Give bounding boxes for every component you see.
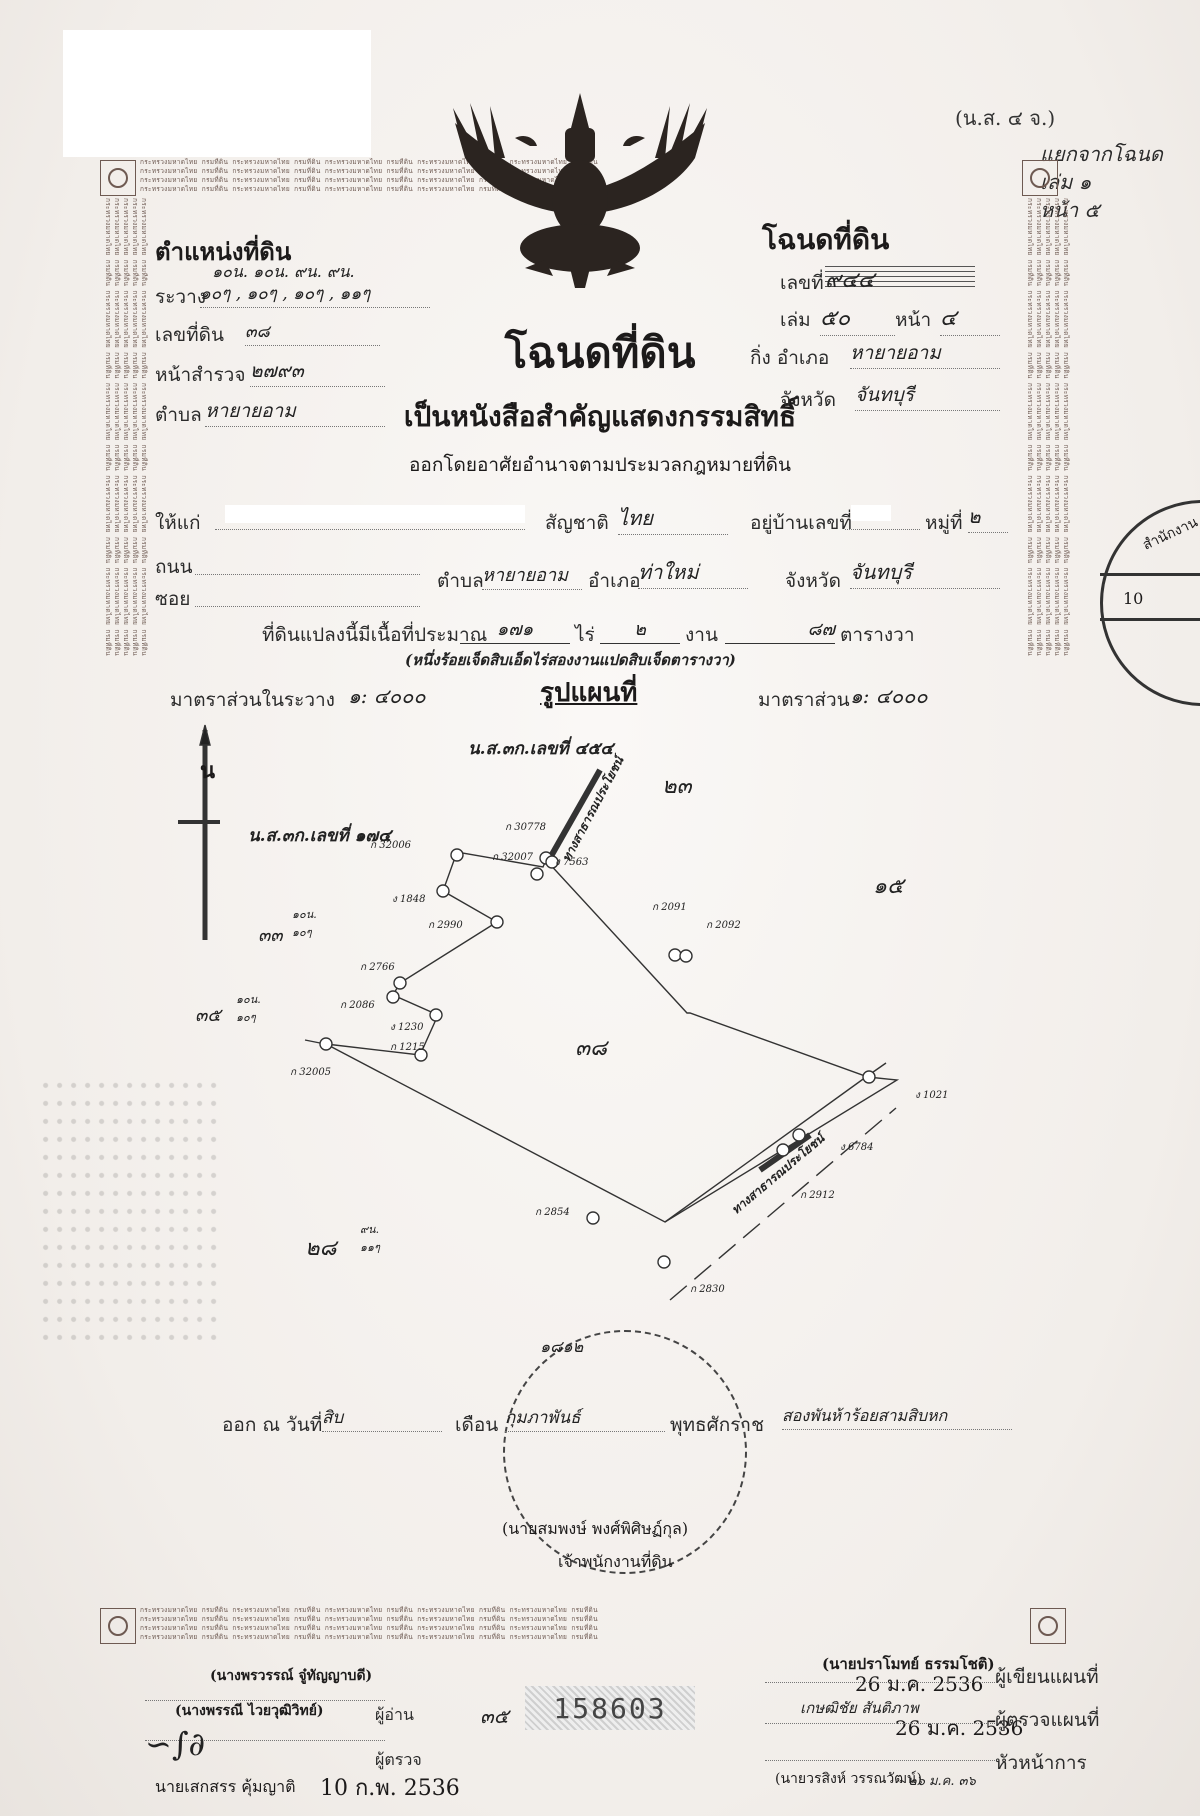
area-wa-label: ตารางวา bbox=[840, 620, 915, 650]
nationality-label: สัญชาติ bbox=[545, 508, 609, 538]
sig-right3-role: หัวหน้าการ bbox=[995, 1748, 1087, 1778]
corner-ornament-icon bbox=[1030, 1608, 1066, 1644]
officer-title: เจ้าพนักงานที่ดิน bbox=[558, 1550, 673, 1575]
marker-label: ก 1215 bbox=[390, 1040, 425, 1055]
owner-name-field bbox=[215, 505, 525, 530]
sig-right1-role: ผู้เขียนแผนที่ bbox=[995, 1662, 1099, 1692]
parcel-center-label: ๓๘ bbox=[575, 1030, 607, 1065]
deed-number-label: เลขที่ bbox=[780, 268, 824, 298]
ink-smudge bbox=[40, 1080, 220, 1340]
sig-left3-date: 10 ก.พ. 2536 bbox=[320, 1770, 460, 1805]
issued-label: ออก ณ วันที่ bbox=[222, 1410, 322, 1440]
page-label: หน้า bbox=[895, 305, 931, 335]
year-value: สองพันห้าร้อยสามสิบหก bbox=[782, 1404, 1012, 1430]
amphoe-value: หายายอาม bbox=[850, 338, 1000, 369]
sig-left1-name: (นางพรวรรณ์ จู๋ทัญญาบดี) bbox=[210, 1665, 372, 1687]
officer-name: (นายสมพงษ์ พงศ์พิศิษฏ์กุล) bbox=[502, 1517, 688, 1542]
marker-label: ก 2092 bbox=[706, 918, 741, 933]
owner-amphoe-value: ท่าใหม่ bbox=[638, 556, 748, 589]
owner-amphoe-label: อำเภอ bbox=[588, 566, 641, 596]
issued-day-value: สิบ bbox=[322, 1404, 442, 1432]
marker-label: ก 2766 bbox=[360, 960, 395, 975]
marker-label: ก 32005 bbox=[290, 1065, 331, 1080]
marker-label: ก 2086 bbox=[340, 998, 375, 1013]
rawang-value: ๑๐ๆ , ๑๐ๆ , ๑๐ๆ , ๑๑ๆ bbox=[200, 280, 430, 308]
marker-label: ง 1230 bbox=[390, 1020, 424, 1035]
house-no-label: อยู่บ้านเลขที่ bbox=[750, 508, 852, 538]
garuda-emblem-icon bbox=[445, 88, 715, 293]
parcel-w1-label: ๓๓ bbox=[258, 920, 283, 949]
marker-label: ง 1021 bbox=[915, 1088, 949, 1103]
sig-right2-role: ผู้ตรวจแผนที่ bbox=[995, 1705, 1099, 1735]
amphoe-label: กิ่ง อำเภอ bbox=[750, 343, 829, 373]
parcel-map bbox=[150, 720, 1070, 1320]
deed-heading: โฉนดที่ดิน bbox=[762, 218, 889, 262]
marker-label: ก 2854 bbox=[535, 1205, 570, 1220]
month-value: กุมภาพันธ์ bbox=[505, 1404, 665, 1432]
serial-number: 158603 bbox=[553, 1692, 666, 1725]
marker-label: ก 2912 bbox=[800, 1188, 835, 1203]
owner-province-value: จันทบุรี bbox=[850, 556, 1000, 589]
road-field bbox=[195, 554, 420, 575]
marker-label: ง 7563 bbox=[555, 855, 589, 870]
parcel-w1-sheet: ๑๐น. ๑๐ๆ bbox=[292, 905, 332, 941]
moo-value: ๒ bbox=[968, 502, 1008, 533]
sig-right3-date: ๒๖ ม.ค. ๓๖ bbox=[908, 1770, 976, 1791]
corner-ornament-icon bbox=[1022, 160, 1058, 196]
road-label: ถนน bbox=[155, 552, 192, 582]
month-label: เดือน bbox=[455, 1410, 498, 1440]
serial-prefix: ๓๕ bbox=[480, 1700, 509, 1732]
area-wa-value: ๘๗ bbox=[725, 614, 835, 644]
rawang-label: ระวาง bbox=[155, 282, 206, 312]
parcel-ne-label: ๑๕ bbox=[873, 868, 904, 903]
year-label: พุทธศักราช bbox=[670, 1410, 764, 1440]
parcel-sw-label: ๒๘ bbox=[305, 1230, 336, 1265]
marker-label: ก 32006 bbox=[370, 838, 411, 853]
deed-number-value: ๙๔๔ bbox=[825, 262, 975, 290]
marker-label: ง 6784 bbox=[840, 1140, 874, 1155]
area-rai-label: ไร่ bbox=[575, 620, 595, 650]
deed-title: โฉนดที่ดิน bbox=[0, 320, 1200, 386]
sig-left3-name: นายเสกสรร คุ้มญาติ bbox=[155, 1775, 296, 1800]
owner-tambon-value: หายายอาม bbox=[482, 560, 582, 590]
soi-label: ซอย bbox=[155, 584, 190, 614]
marker-label: ง 1848 bbox=[392, 892, 426, 907]
owner-province-label: จังหวัด bbox=[785, 566, 841, 596]
parcel-w2-sheet: ๑๐น. ๑๐ๆ bbox=[236, 990, 276, 1026]
parcel-sw-sheet: ๙น. ๑๑ๆ bbox=[360, 1220, 400, 1256]
area-note: (หนึ่งร้อยเจ็ดสิบเอ็ดไร่สองงานแปดสิบเจ็ด… bbox=[405, 648, 736, 672]
house-no-field bbox=[845, 505, 920, 530]
neighbor-top: น.ส.๓ก.เลขที่ ๔๕๔ bbox=[468, 735, 613, 762]
sig-left2-role: ผู้อ่าน bbox=[375, 1703, 414, 1728]
owner-tambon-label: ตำบล bbox=[437, 566, 484, 596]
seal-top-number: ๑๘๑๒ bbox=[540, 1335, 583, 1360]
book-label: เล่ม bbox=[780, 305, 811, 335]
scale-label: มาตราส่วน bbox=[758, 685, 850, 715]
redacted-area bbox=[63, 30, 371, 157]
form-code: (น.ส. ๔ จ.) bbox=[955, 102, 1055, 134]
map-title: รูปแผนที่ bbox=[540, 672, 637, 713]
signature-scribble: ∽∫∂ bbox=[145, 1725, 205, 1763]
owner-to-label: ให้แก่ bbox=[155, 508, 201, 538]
sig-right1-line bbox=[765, 1682, 995, 1683]
moo-label: หมู่ที่ bbox=[925, 508, 963, 538]
marker-label: ก 2990 bbox=[428, 918, 463, 933]
marker-label: ก 2830 bbox=[690, 1282, 725, 1297]
scale-rawang-value: ๑: ๔๐๐๐ bbox=[348, 680, 426, 712]
area-ngan-label: งาน bbox=[685, 620, 718, 650]
province-value: จันทบุรี bbox=[855, 380, 1000, 411]
marker-label: ก 2091 bbox=[652, 900, 687, 915]
deed-subtitle-2: ออกโดยอาศัยอำนาจตามประมวลกฎหมายที่ดิน bbox=[0, 450, 1200, 480]
book-value: ๕๐ bbox=[820, 300, 895, 336]
area-ngan-value: ๒ bbox=[600, 614, 680, 644]
corner-ornament-icon bbox=[100, 1608, 136, 1644]
serial-number-box: 158603 bbox=[525, 1686, 695, 1730]
north-label: น bbox=[200, 753, 215, 788]
deed-subtitle: เป็นหนังสือสำคัญแสดงกรรมสิทธิ์ bbox=[0, 395, 1200, 439]
corner-ornament-icon bbox=[100, 160, 136, 196]
watermark-band-bottom: กระทรวงมหาดไทย กรมที่ดิน กระทรวงมหาดไทย … bbox=[140, 1606, 1050, 1646]
sig-right2-line bbox=[765, 1723, 995, 1724]
sig-right3-line bbox=[765, 1760, 995, 1761]
province-label: จังหวัด bbox=[780, 385, 836, 415]
parcel-w2-label: ๓๕ bbox=[195, 1000, 221, 1029]
sig-right3-name: (นายวรสิงห์ วรรณวัฒน์) bbox=[775, 1768, 922, 1790]
page-value: ๔ bbox=[940, 300, 1000, 336]
marker-label: ก 32007 bbox=[492, 850, 533, 865]
scale-rawang-label: มาตราส่วนในระวาง bbox=[170, 685, 335, 715]
sig-left2-name: (นางพรรณี ไวยวุฒิวิทย์) bbox=[175, 1700, 324, 1722]
parcel-n-label: ๒๓ bbox=[662, 768, 692, 803]
area-prefix: ที่ดินแปลงนี้มีเนื้อที่ประมาณ bbox=[262, 620, 487, 650]
marker-label: ก 30778 bbox=[505, 820, 546, 835]
scale-value: ๑: ๔๐๐๐ bbox=[850, 680, 928, 712]
nationality-value: ไทย bbox=[618, 502, 728, 535]
soi-field bbox=[195, 586, 420, 607]
area-rai-value: ๑๗๑ bbox=[460, 614, 570, 644]
